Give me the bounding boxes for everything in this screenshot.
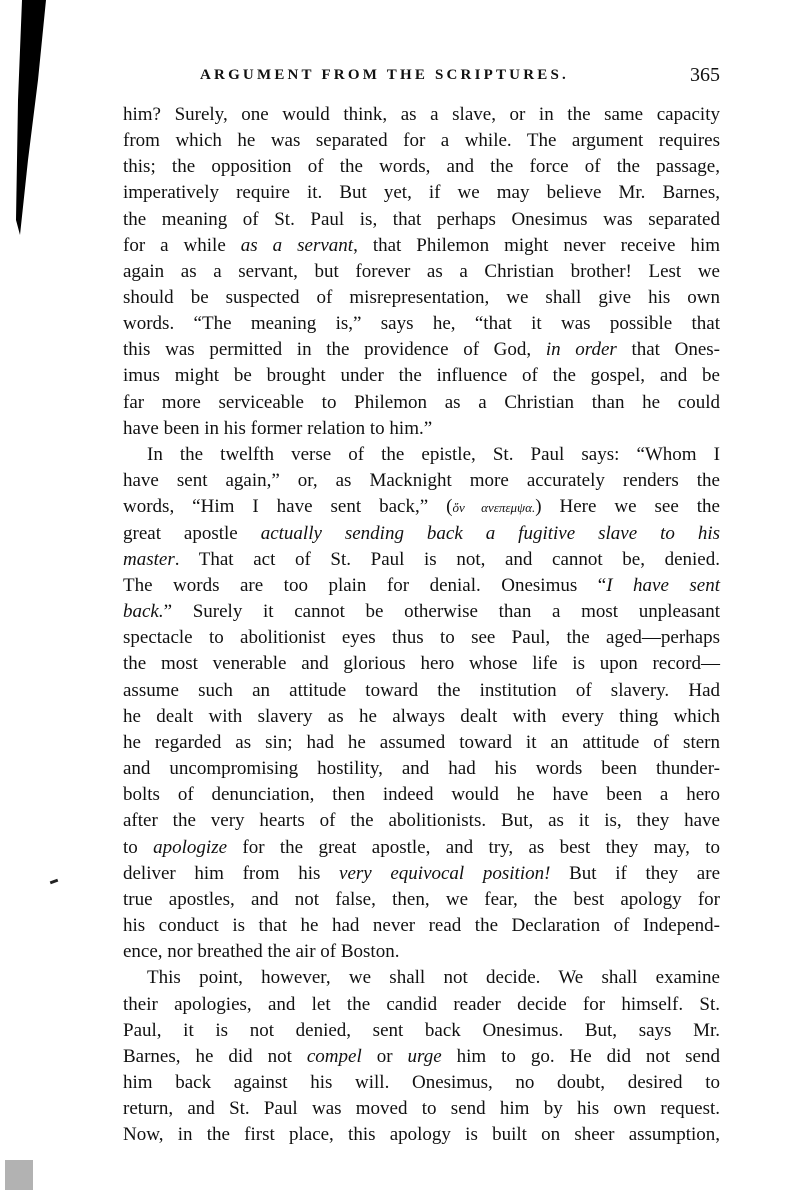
text-segment: great apostle bbox=[123, 523, 261, 544]
page-number: 365 bbox=[690, 64, 720, 87]
text-segment: for the great apostle, and try, as best … bbox=[227, 837, 720, 858]
text-segment: he regarded as sin; had he assumed towar… bbox=[123, 732, 720, 753]
text-line: words. “The meaning is,” says he, “that … bbox=[123, 313, 720, 335]
text-segment: him to go. He did not send bbox=[442, 1046, 720, 1067]
italic-text: actually sending back a fugitive slave t… bbox=[261, 523, 720, 544]
text-segment: But if they are bbox=[550, 863, 720, 884]
text-line: for a while as a servant, that Philemon … bbox=[123, 235, 720, 257]
text-line: the meaning of St. Paul is, that perhaps… bbox=[123, 209, 720, 231]
text-line: after the very hearts of the abolitionis… bbox=[123, 810, 720, 832]
text-segment: from which he was separated for a while.… bbox=[123, 130, 720, 151]
text-line: he regarded as sin; had he assumed towar… bbox=[123, 732, 720, 754]
text-line: return, and St. Paul was moved to send h… bbox=[123, 1098, 720, 1120]
text-line: This point, however, we shall not decide… bbox=[147, 967, 720, 989]
text-segment: should be suspected of misrepresentation… bbox=[123, 287, 720, 308]
text-line: words, “Him I have sent back,” (ὅν ανεπε… bbox=[123, 496, 720, 519]
text-segment: he dealt with slavery as he always dealt… bbox=[123, 706, 720, 727]
text-line: should be suspected of misrepresentation… bbox=[123, 287, 720, 309]
text-segment: return, and St. Paul was moved to send h… bbox=[123, 1098, 720, 1119]
text-line: the most venerable and glorious hero who… bbox=[123, 653, 720, 675]
text-segment: his conduct is that he had never read th… bbox=[123, 915, 720, 936]
ink-speck bbox=[50, 879, 59, 885]
text-segment: far more serviceable to Philemon as a Ch… bbox=[123, 392, 720, 413]
text-line: and uncompromising hostility, and had hi… bbox=[123, 758, 720, 780]
italic-text: I have sent bbox=[606, 575, 720, 596]
text-segment: that Ones- bbox=[617, 339, 720, 360]
text-segment: assume such an attitude toward the insti… bbox=[123, 680, 720, 701]
text-segment: this; the opposition of the words, and t… bbox=[123, 156, 720, 177]
text-segment: deliver him from his bbox=[123, 863, 339, 884]
text-segment: , that Philemon might never receive him bbox=[353, 235, 720, 256]
text-line: this; the opposition of the words, and t… bbox=[123, 156, 720, 178]
text-line: ence, nor breathed the air of Boston. bbox=[123, 941, 720, 963]
text-segment: imperatively require it. But yet, if we … bbox=[123, 182, 720, 203]
running-title: ARGUMENT FROM THE SCRIPTURES. bbox=[200, 67, 569, 84]
text-line: Now, in the first place, this apology is… bbox=[123, 1124, 720, 1146]
text-line: him? Surely, one would think, as a slave… bbox=[123, 104, 720, 126]
text-segment: ence, nor breathed the air of Boston. bbox=[123, 941, 399, 962]
text-segment: words. “The meaning is,” says he, “that … bbox=[123, 313, 720, 334]
italic-text: as a servant bbox=[241, 235, 353, 256]
text-segment: him back against his will. Onesimus, no … bbox=[123, 1072, 720, 1093]
text-line: The words are too plain for denial. Ones… bbox=[123, 575, 720, 597]
text-segment: Paul, it is not denied, sent back Onesim… bbox=[123, 1020, 720, 1041]
ink-speck bbox=[5, 1160, 33, 1190]
text-segment: their apologies, and let the candid read… bbox=[123, 994, 720, 1015]
text-segment: In the twelfth verse of the epistle, St.… bbox=[147, 444, 720, 465]
binding-shadow bbox=[16, 0, 46, 235]
text-segment: ) Here we see the bbox=[535, 496, 720, 517]
text-line: have been in his former relation to him.… bbox=[123, 418, 720, 440]
text-segment: Barnes, he did not bbox=[123, 1046, 307, 1067]
text-segment: for a while bbox=[123, 235, 241, 256]
text-line: Barnes, he did not compel or urge him to… bbox=[123, 1046, 720, 1068]
text-segment: have been in his former relation to him.… bbox=[123, 418, 432, 439]
text-line: this was permitted in the providence of … bbox=[123, 339, 720, 361]
text-line: from which he was separated for a while.… bbox=[123, 130, 720, 152]
italic-text: compel bbox=[307, 1046, 362, 1067]
text-segment: . That act of St. Paul is not, and canno… bbox=[175, 549, 720, 570]
text-segment: the meaning of St. Paul is, that perhaps… bbox=[123, 209, 720, 230]
italic-text: apologize bbox=[153, 837, 227, 858]
text-line: his conduct is that he had never read th… bbox=[123, 915, 720, 937]
text-segment: have sent again,” or, as Macknight more … bbox=[123, 470, 720, 491]
text-line: him back against his will. Onesimus, no … bbox=[123, 1072, 720, 1094]
italic-text: master bbox=[123, 549, 175, 570]
italic-text: back. bbox=[123, 601, 164, 622]
text-line: to apologize for the great apostle, and … bbox=[123, 837, 720, 859]
text-segment: Now, in the first place, this apology is… bbox=[123, 1124, 720, 1145]
text-line: bolts of denunciation, then indeed would… bbox=[123, 784, 720, 806]
text-line: spectacle to abolitionist eyes thus to s… bbox=[123, 627, 720, 649]
text-line: have sent again,” or, as Macknight more … bbox=[123, 470, 720, 492]
text-segment: after the very hearts of the abolitionis… bbox=[123, 810, 720, 831]
text-segment: again as a servant, but forever as a Chr… bbox=[123, 261, 720, 282]
text-segment: ” Surely it cannot be otherwise than a m… bbox=[164, 601, 720, 622]
italic-text: in order bbox=[546, 339, 617, 360]
text-segment: or bbox=[362, 1046, 408, 1067]
running-header: ARGUMENT FROM THE SCRIPTURES. 365 bbox=[200, 64, 720, 94]
text-line: master. That act of St. Paul is not, and… bbox=[123, 549, 720, 571]
text-segment: The words are too plain for denial. Ones… bbox=[123, 575, 606, 596]
text-segment: this was permitted in the providence of … bbox=[123, 339, 546, 360]
greek-text: ὅν ανεπεμψα. bbox=[452, 500, 535, 515]
text-segment: and uncompromising hostility, and had hi… bbox=[123, 758, 720, 779]
text-line: imperatively require it. But yet, if we … bbox=[123, 182, 720, 204]
text-segment: to bbox=[123, 837, 153, 858]
text-line: In the twelfth verse of the epistle, St.… bbox=[147, 444, 720, 466]
text-segment: This point, however, we shall not decide… bbox=[147, 967, 720, 988]
text-line: far more serviceable to Philemon as a Ch… bbox=[123, 392, 720, 414]
text-line: he dealt with slavery as he always dealt… bbox=[123, 706, 720, 728]
text-line: deliver him from his very equivocal posi… bbox=[123, 863, 720, 885]
text-segment: the most venerable and glorious hero who… bbox=[123, 653, 720, 674]
text-line: great apostle actually sending back a fu… bbox=[123, 523, 720, 545]
text-line: their apologies, and let the candid read… bbox=[123, 994, 720, 1016]
page-gutter-scan-artifacts bbox=[0, 0, 110, 1200]
text-segment: him? Surely, one would think, as a slave… bbox=[123, 104, 720, 125]
italic-text: urge bbox=[408, 1046, 442, 1067]
text-segment: true apostles, and not false, then, we f… bbox=[123, 889, 720, 910]
text-line: assume such an attitude toward the insti… bbox=[123, 680, 720, 702]
text-segment: imus might be brought under the influenc… bbox=[123, 365, 720, 386]
text-segment: bolts of denunciation, then indeed would… bbox=[123, 784, 720, 805]
text-line: back.” Surely it cannot be otherwise tha… bbox=[123, 601, 720, 623]
text-line: imus might be brought under the influenc… bbox=[123, 365, 720, 387]
text-line: true apostles, and not false, then, we f… bbox=[123, 889, 720, 911]
text-segment: words, “Him I have sent back,” ( bbox=[123, 496, 452, 517]
text-segment: spectacle to abolitionist eyes thus to s… bbox=[123, 627, 720, 648]
text-line: Paul, it is not denied, sent back Onesim… bbox=[123, 1020, 720, 1042]
text-line: again as a servant, but forever as a Chr… bbox=[123, 261, 720, 283]
italic-text: very equivocal position! bbox=[339, 863, 550, 884]
